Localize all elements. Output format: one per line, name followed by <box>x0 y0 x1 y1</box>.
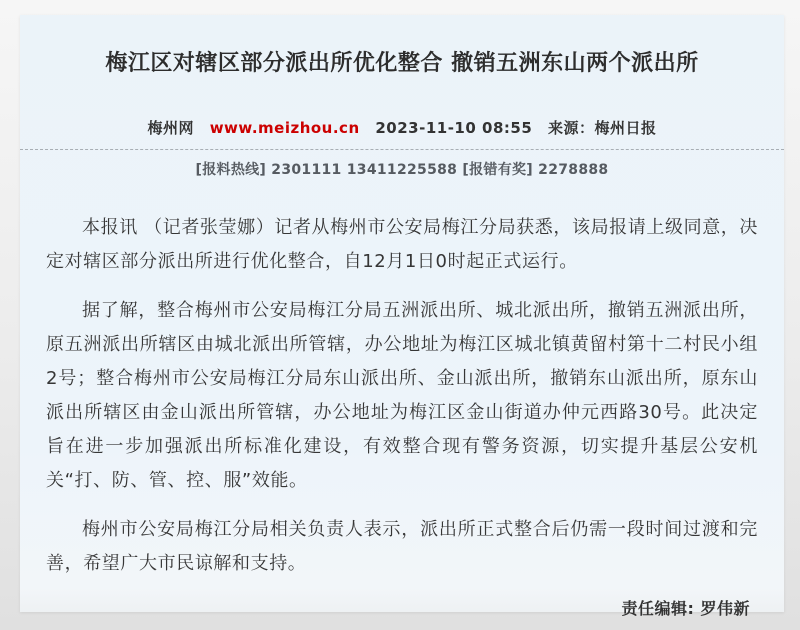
publish-datetime: 2023-11-10 08:55 <box>375 119 532 137</box>
site-name: 梅州网 <box>147 119 194 137</box>
dotted-separator <box>20 149 784 150</box>
hotline-info: [报料热线] 2301111 13411225588 [报错有奖] 227888… <box>20 159 784 179</box>
article-title: 梅江区对辖区部分派出所优化整合 撤销五洲东山两个派出所 <box>64 47 740 81</box>
article-paragraph: 据了解，整合梅州市公安局梅江分局五洲派出所、城北派出所，撤销五洲派出所，原五洲派… <box>46 294 758 498</box>
article-card: 梅江区对辖区部分派出所优化整合 撤销五洲东山两个派出所 梅州网 www.meiz… <box>20 15 784 612</box>
site-url-link[interactable]: www.meizhou.cn <box>210 119 360 137</box>
article-meta: 梅州网 www.meizhou.cn 2023-11-10 08:55 来源：梅… <box>20 117 784 138</box>
editor-credit: 责任编辑: 罗伟新 <box>20 596 750 619</box>
article-paragraph: 本报讯 （记者张莹娜）记者从梅州市公安局梅江分局获悉，该局报请上级同意，决定对辖… <box>46 211 758 279</box>
article-body: 本报讯 （记者张莹娜）记者从梅州市公安局梅江分局获悉，该局报请上级同意，决定对辖… <box>46 211 758 581</box>
source-label: 来源：梅州日报 <box>548 119 657 137</box>
article-paragraph: 梅州市公安局梅江分局相关负责人表示，派出所正式整合后仍需一段时间过渡和完善，希望… <box>46 513 758 581</box>
